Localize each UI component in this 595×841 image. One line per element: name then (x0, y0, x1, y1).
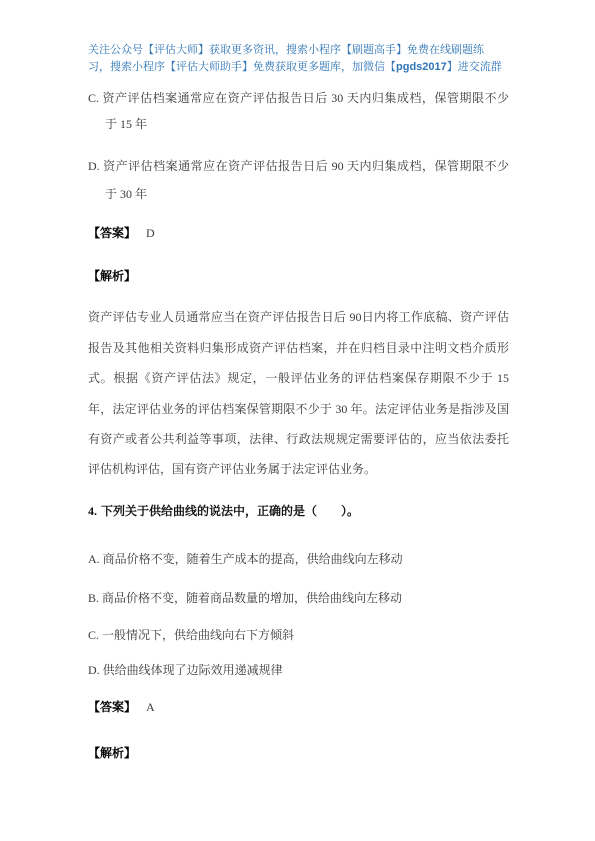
q3-analysis-line-3: 式。根据《资产评估法》规定，一般评估业务的评估档案保存期限不少于 15 (88, 370, 509, 386)
q4-answer-row: 【答案】A (88, 699, 509, 715)
q3-analysis-line-2: 报告及其他相关资料归集形成资产评估档案，并在归档目录中注明文档介质形 (88, 340, 509, 356)
q3-analysis-label: 【解析】 (88, 268, 509, 284)
q3-answer-label: 【答案】 (88, 226, 136, 240)
q3-option-c-line-1: C. 资产评估档案通常应在资产评估报告日后 30 天内归集成档，保管期限不少 (88, 90, 509, 106)
notice-line-2-suffix: 】进交流群 (447, 61, 502, 73)
q4-analysis-label: 【解析】 (88, 745, 509, 761)
notice-line-2-prefix: 习，搜索小程序【评估大师助手】免费获取更多题库，加微信【 (88, 61, 396, 73)
q4-answer-value: A (146, 700, 155, 714)
q4-number: 4. (88, 504, 97, 518)
notice-line-2: 习，搜索小程序【评估大师助手】免费获取更多题库，加微信【pgds2017】进交流… (88, 60, 509, 75)
q3-answer-value: D (146, 226, 155, 240)
q4-stem: 4.下列关于供给曲线的说法中，正确的是（ ）。 (88, 503, 509, 519)
q3-answer-row: 【答案】D (88, 225, 509, 241)
q4-option-c: C. 一般情况下，供给曲线向右下方倾斜 (88, 627, 509, 643)
q4-stem-text: 下列关于供给曲线的说法中，正确的是（ ）。 (101, 504, 359, 518)
notice-wechat-id: pgds2017 (396, 61, 447, 73)
q3-option-c-line-2: 于 15 年 (105, 116, 509, 132)
q4-option-d: D. 供给曲线体现了边际效用递减规律 (88, 662, 509, 678)
q4-option-a: A. 商品价格不变，随着生产成本的提高，供给曲线向左移动 (88, 551, 509, 567)
q3-analysis-line-1: 资产评估专业人员通常应当在资产评估报告日后 90日内将工作底稿、资产评估 (88, 309, 509, 325)
q3-analysis-line-6: 评估机构评估，国有资产评估业务属于法定评估业务。 (88, 461, 509, 477)
q3-analysis-line-5: 有资产或者公共利益等事项，法律、行政法规规定需要评估的，应当依法委托 (88, 431, 509, 447)
q4-option-b: B. 商品价格不变，随着商品数量的增加，供给曲线向左移动 (88, 590, 509, 606)
q4-answer-label: 【答案】 (88, 700, 136, 714)
notice-line-1: 关注公众号【评估大师】获取更多资讯，搜索小程序【刷题高手】免费在线刷题练 (88, 43, 509, 58)
q3-analysis-line-4: 年，法定评估业务的评估档案保管期限不少于 30 年。法定评估业务是指涉及国 (88, 401, 509, 417)
q3-option-d-line-1: D. 资产评估档案通常应在资产评估报告日后 90 天内归集成档，保管期限不少 (88, 158, 509, 174)
document-page: 关注公众号【评估大师】获取更多资讯，搜索小程序【刷题高手】免费在线刷题练 习，搜… (0, 0, 595, 841)
q3-option-d-line-2: 于 30 年 (105, 186, 509, 202)
